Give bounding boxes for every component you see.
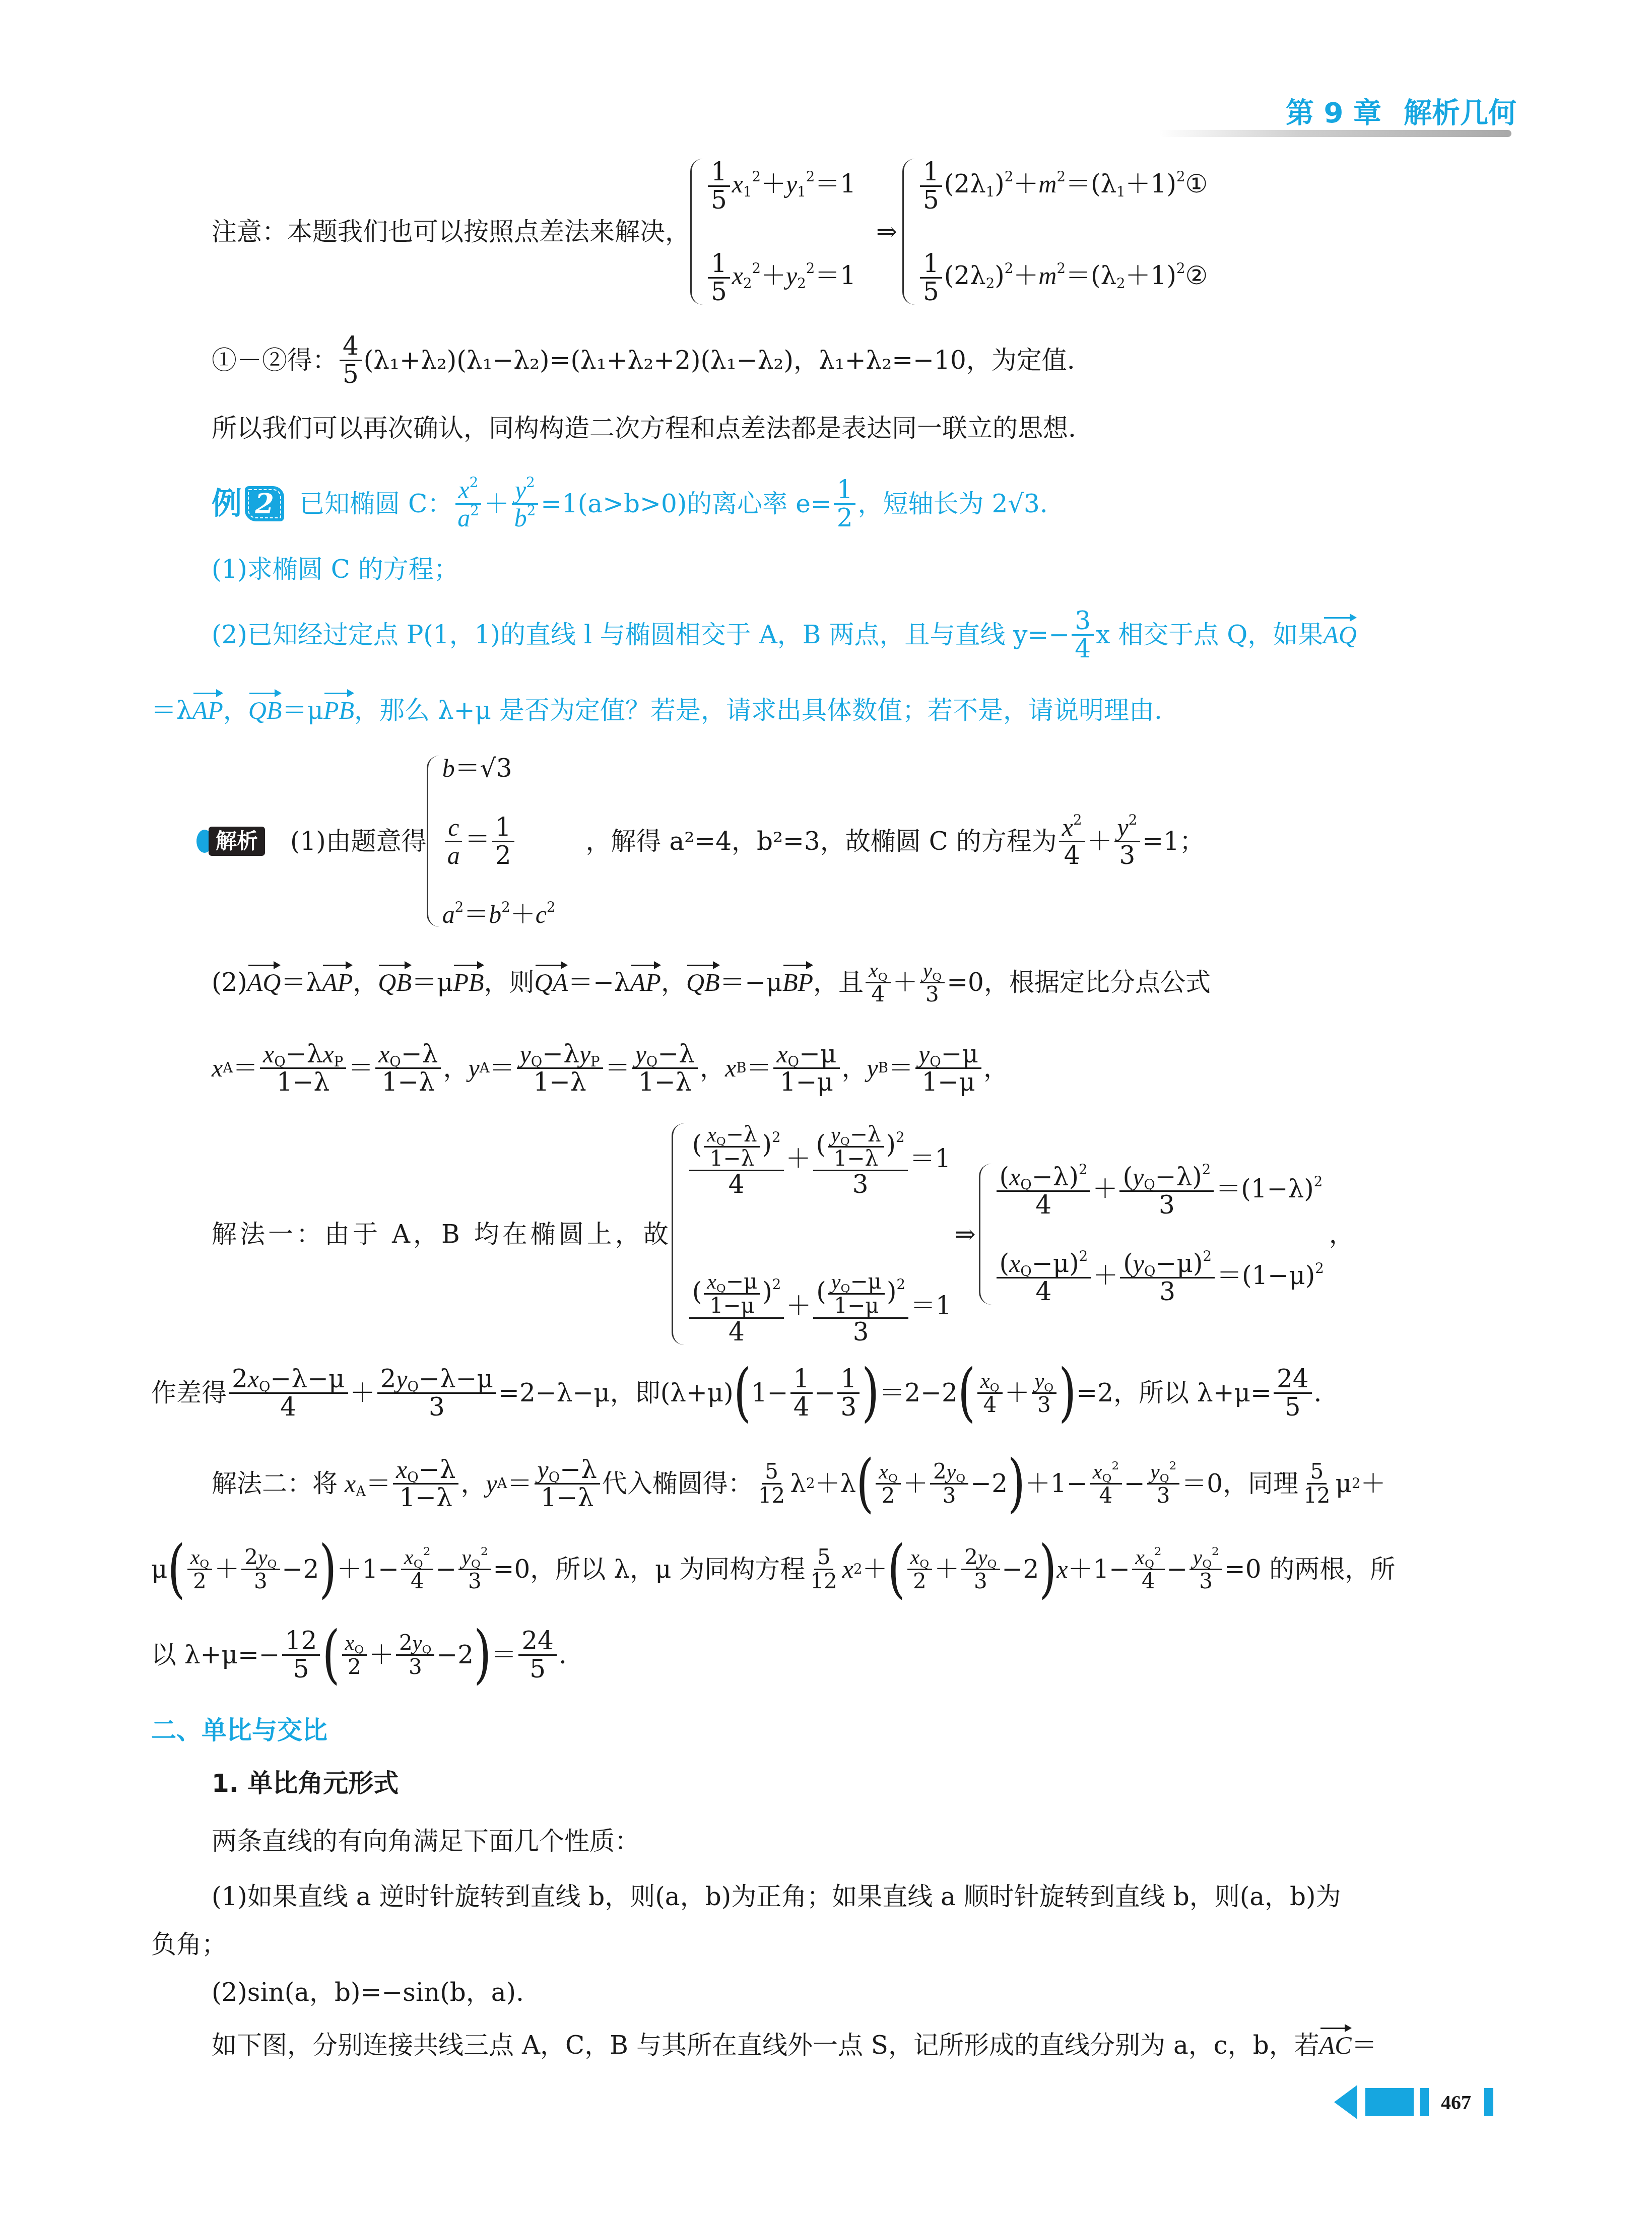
subsection-heading-text: 1. 单比角元形式 (212, 1771, 399, 1796)
section-formula-line: xA＝xQ−λxP1−λ＝xQ−λ1−λ， yA＝yQ−λyP1−λ＝yQ−λ1… (212, 1038, 1009, 1098)
q2-line2-text: ，那么 λ+μ 是否为定值？若是，请求出具体数值；若不是，请说明理由. (354, 698, 1162, 723)
stem-part-a: 已知椭圆 C： (299, 491, 452, 516)
question-2-line2: ＝λAP，QB＝μPB ，那么 λ+μ 是否为定值？若是，请求出具体数值；若不是… (151, 693, 1162, 728)
example-number: 2 (255, 490, 274, 517)
p2-line1-text: (1)如果直线 a 逆时针旋转到直线 b，则(a，b)为正角；如果直线 a 顺时… (212, 1884, 1341, 1909)
chapter-title: 解析几何 (1404, 91, 1516, 131)
paragraph-2-cont: 负角； (151, 1929, 227, 1960)
method2-similarly: ，同理 (1223, 1471, 1298, 1496)
chapter-number: 第 9 章 (1286, 91, 1381, 131)
left-brace-icon (902, 159, 915, 305)
method2-line3: 以 λ+μ=− 125(xQ2＋2yQ3−2)＝245. (151, 1622, 567, 1688)
left-brace-icon (979, 1164, 992, 1305)
question-2-line1: (2)已知经过定点 P(1，1)的直线 l 与椭圆相交于 A，B 两点，且与直线… (212, 602, 1357, 667)
method2-line2-tail: =0 的两根，所 (1224, 1557, 1396, 1582)
example-label: 例 (212, 489, 242, 519)
diff-mid: =2−λ−μ，即(λ+μ) (498, 1380, 734, 1405)
diff-prefix: 作差得 (151, 1380, 227, 1405)
left-brace-icon (690, 159, 703, 305)
paragraph-4: 如下图，分别连接共线三点 A，C，B 与其所在直线外一点 S，记所形成的直线分别… (212, 2028, 1377, 2063)
badge-label: 解析 (209, 827, 265, 856)
method2-line3-prefix: 以 λ+μ=− (151, 1642, 280, 1667)
paragraph-3: (2)sin(a，b)=−sin(b，a). (212, 1977, 524, 2007)
p1-prefix: (1)由题意得 (290, 829, 427, 854)
method1-line: 解法一：由于 A，B 均在椭圆上，故 (xQ−λ1−λ)24＋(yQ−λ1−λ)… (212, 1121, 1354, 1348)
page-number: 467 (1441, 2091, 1471, 2114)
method1-intro: 解法一：由于 A，B 均在椭圆上，故 (212, 1222, 672, 1247)
page-bar-small-icon (1420, 2088, 1429, 2116)
diff-prefix: ①－②得： (212, 348, 338, 373)
page-footer: 467 (1334, 2084, 1493, 2120)
left-brace-icon (427, 756, 439, 927)
paragraph-2: (1)如果直线 a 逆时针旋转到直线 b，则(a，b)为正角；如果直线 a 顺时… (212, 1881, 1341, 1912)
method2-intro: 解法二：将 (212, 1471, 338, 1496)
method2-substitute: 代入椭圆得： (602, 1471, 753, 1496)
q2-line1-tail: x 相交于点 Q，如果 (1096, 622, 1323, 647)
paragraph-1: 两条直线的有向角满足下面几个性质： (212, 1826, 640, 1856)
method1-system-left: (xQ−λ1−λ)24＋(yQ−λ1−λ)23＝1 (xQ−μ1−μ)24＋(y… (672, 1123, 952, 1345)
stem-part-c: ，短轴长为 2√3. (857, 491, 1047, 516)
p2-and: ，且 (813, 970, 864, 995)
stem-part-b: =1(a>b>0)的离心率 e= (541, 491, 832, 516)
method2-line2: μ(xQ2＋2yQ3−2)＋1−xQ24−yQ23 =0，所以 λ，μ 为同构方… (151, 1536, 1395, 1602)
note-intro: 注意：本题我们也可以按照点差法来解决， (212, 219, 690, 244)
example-number-badge: 2 (245, 486, 284, 521)
q2-line1-text: (2)已知经过定点 P(1，1)的直线 l 与椭圆相交于 A，B 两点，且与直线… (212, 622, 1070, 647)
given-system: b＝√3 ca＝12 a2＝b2＋c2 (427, 756, 556, 927)
p1-end: =1； (1142, 829, 1205, 854)
section-heading-text: 二、单比与交比 (151, 1718, 327, 1743)
note-line: 注意：本题我们也可以按照点差法来解决， 15x12＋y12＝1 15x22＋y2… (212, 151, 1208, 312)
p1-text: 两条直线的有向角满足下面几个性质： (212, 1829, 640, 1854)
point-system-1: 15x12＋y12＝1 15x22＋y22＝1 (690, 159, 856, 305)
running-header: 第 9 章 解析几何 (1234, 91, 1516, 131)
implies-arrow-icon: ⇒ (955, 1222, 976, 1247)
page-bar-end-icon (1484, 2088, 1493, 2116)
method2-line1: 解法二：将 xA＝xQ−λ1−λ， yA＝yQ−λ1−λ 代入椭圆得： 512λ… (212, 1451, 1386, 1516)
note-conclusion: 所以我们可以再次确认，同构构造二次方程和点差法都是表达同一联立的思想. (212, 413, 1076, 443)
solution-part2-line1: (2)AQ＝λAP，QB＝μPB，则QA＝−λAP，QB＝−μBP ，且 xQ4… (212, 955, 1211, 1010)
solution-part1: 解析 (1)由题意得 b＝√3 ca＝12 a2＝b2＋c2 ，解得 a²=4，… (196, 751, 1205, 932)
q1-text: (1)求椭圆 C 的方程； (212, 557, 459, 582)
diff-tail: =2，所以 λ+μ= (1076, 1380, 1272, 1405)
question-1: (1)求椭圆 C 的方程； (212, 554, 459, 584)
section-heading: 二、单比与交比 (151, 1715, 327, 1745)
p1-result: ，解得 a²=4，b²=3，故椭圆 C 的方程为 (586, 829, 1057, 854)
difference-line: ①－②得： 45 (λ₁+λ₂)(λ₁−λ₂)=(λ₁+λ₂+2)(λ₁−λ₂)… (212, 335, 1075, 385)
left-brace-icon (672, 1123, 684, 1345)
example-stem: 例 2 已知椭圆 C： x2a2＋ y2b2 =1(a>b>0)的离心率 e= … (212, 468, 1048, 539)
method1-difference-line: 作差得 2xQ−λ−μ4＋ 2yQ−λ−μ3 =2−λ−μ，即(λ+μ) (1−… (151, 1360, 1321, 1426)
implies-arrow-icon: ⇒ (876, 219, 897, 244)
page-bar-icon (1365, 2088, 1414, 2116)
header-rule (1159, 130, 1511, 137)
conclusion-text: 所以我们可以再次确认，同构构造二次方程和点差法都是表达同一联立的思想. (212, 416, 1076, 441)
p2-line2-text: 负角； (151, 1932, 227, 1957)
subsection-heading: 1. 单比角元形式 (212, 1768, 399, 1798)
method2-line2-mid: =0，所以 λ，μ 为同构方程 (493, 1557, 806, 1582)
p4-text: 如下图，分别连接共线三点 A，C，B 与其所在直线外一点 S，记所形成的直线分别… (212, 2033, 1319, 2058)
p3-text: (2)sin(a，b)=−sin(b，a). (212, 1980, 524, 2005)
page-arrow-icon (1334, 2085, 1357, 2119)
diff-body: (λ₁+λ₂)(λ₁−λ₂)=(λ₁+λ₂+2)(λ₁−λ₂)，λ₁+λ₂=−1… (364, 348, 1075, 373)
p2-tail: =0，根据定比分点公式 (947, 970, 1211, 995)
solution-badge: 解析 (196, 827, 265, 856)
method1-system-right: (xQ−λ)24＋(yQ−λ)23＝(1−λ)2 (xQ−μ)24＋(yQ−μ)… (979, 1164, 1324, 1305)
point-system-2: 15(2λ1)2＋m2＝(λ1＋1)2① 15(2λ2)2＋m2＝(λ2＋1)2… (902, 159, 1208, 305)
